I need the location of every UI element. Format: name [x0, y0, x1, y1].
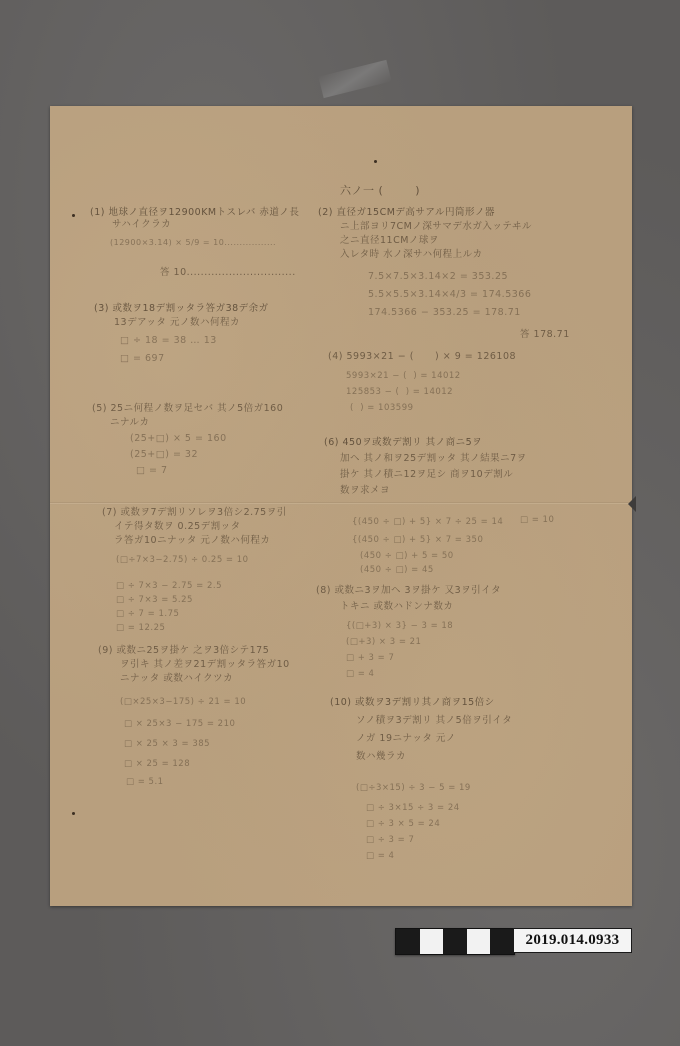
calculation: (□+3) × 3 = 21 [346, 636, 421, 649]
paper-edge-notch [628, 496, 636, 512]
calculation: (450 ÷ □) + 5 = 50 [360, 550, 454, 563]
calculation: 5.5×5.5×3.14×4/3 = 174.5366 [368, 288, 531, 301]
question-text: 之ニ直径11CMノ球ヲ [340, 234, 439, 247]
calculation: (□÷7×3−2.75) ÷ 0.25 = 10 [116, 554, 249, 567]
question-text: ラ答ガ10ニナッタ 元ノ数ハ何程カ [114, 534, 270, 547]
question-text: (10) 或数ヲ3デ割リ其ノ商ヲ15倍シ [330, 696, 495, 709]
question-text: サハイクラカ [112, 218, 171, 231]
calculation: □ × 25×3 − 175 = 210 [124, 718, 235, 731]
calculation: {(450 ÷ □) + 5} × 7 = 350 [352, 534, 483, 547]
question-text: (6) 450ヲ或数デ割リ 其ノ商ニ5ヲ [324, 436, 482, 449]
calculation: (□×25×3−175) ÷ 21 = 10 [120, 696, 246, 709]
question-text: (7) 或数ヲ7デ割リソレヲ3倍シ2.75ヲ引 [102, 506, 287, 519]
calculation: (25+□) × 5 = 160 [130, 432, 227, 445]
scale-segment-black [396, 929, 420, 954]
question-text: (2) 直径ガ15CMデ高サアル円筒形ノ器 [318, 206, 495, 219]
question-text: トキニ 或数ハドンナ数カ [340, 600, 453, 613]
backdrop-crease [318, 60, 391, 98]
scale-segment-black [490, 929, 514, 954]
calculation: □ ÷ 3 × 5 = 24 [366, 818, 440, 831]
calculation: □ + 3 = 7 [346, 652, 394, 665]
calculation: 5993×21 − ( ) = 14012 [346, 370, 461, 383]
calculation: 7.5×7.5×3.14×2 = 353.25 [368, 270, 508, 283]
worksheet-header: 六ノ一 ( ) [340, 184, 420, 197]
calculation: □ ÷ 18 = 38 … 13 [120, 334, 217, 347]
calculation: (25+□) = 32 [130, 448, 198, 461]
question-text: 数ヲ求メヨ [340, 484, 390, 497]
question-text: ヲ引キ 其ノ差ヲ21デ割ッタラ答ガ10 [120, 658, 290, 671]
question-text: 13デアッタ 元ノ数ハ何程カ [114, 316, 240, 329]
accession-number-label: 2019.014.0933 [513, 928, 632, 953]
answer: □ = 10 [520, 514, 554, 527]
question-text: 入レタ時 水ノ深サハ何程上ルカ [340, 248, 483, 261]
question-text: 数ハ幾ラカ [356, 750, 406, 763]
question-text: 掛ケ 其ノ積ニ12ヲ足シ 商ヲ10デ割ル [340, 468, 513, 481]
question-text: (8) 或数ニ3ヲ加ヘ 3ヲ掛ケ 又3ヲ引イタ [316, 584, 501, 597]
calculation: □ = 4 [346, 668, 374, 681]
ink-dot [374, 160, 377, 163]
calculation: (□÷3×15) ÷ 3 − 5 = 19 [356, 782, 471, 795]
calculation: □ × 25 × 3 = 385 [124, 738, 210, 751]
worksheet-paper: 六ノ一 ( ) (1) 地球ノ直径ヲ12900KMトスレバ 赤道ノ長 サハイクラ… [50, 106, 632, 906]
question-text: (5) 25ニ何程ノ数ヲ足セバ 其ノ5倍ガ160 [92, 402, 283, 415]
question-text: (4) 5993×21 − ( ) × 9 = 126108 [328, 350, 516, 363]
calculation: (450 ÷ □) = 45 [360, 564, 434, 577]
calculation: 125853 − ( ) = 14012 [346, 386, 453, 399]
question-text: ニナルカ [110, 416, 150, 429]
question-text: ソノ積ヲ3デ割リ 其ノ5倍ヲ引イタ [356, 714, 512, 727]
ink-dot [72, 812, 75, 815]
question-text: ノガ 19ニナッタ 元ノ [356, 732, 456, 745]
answer: 答 10............................... [160, 266, 296, 279]
calculation: □ = 697 [120, 352, 165, 365]
question-text: ニナッタ 或数ハイクツカ [120, 672, 233, 685]
calculation: {(450 ÷ □) + 5} × 7 ÷ 25 = 14 [352, 516, 503, 529]
scale-segment-black [443, 929, 467, 954]
calculation: □ ÷ 7×3 = 5.25 [116, 594, 193, 607]
calculation: (12900×3.14) × 5/9 = 10................. [110, 236, 276, 249]
calculation: □ = 4 [366, 850, 394, 863]
calculation: □ = 5.1 [126, 776, 164, 789]
calculation: ( ) = 103599 [350, 402, 414, 415]
question-text: (3) 或数ヲ18デ割ッタラ答ガ38デ余ガ [94, 302, 269, 315]
calculation: □ ÷ 3×15 ÷ 3 = 24 [366, 802, 460, 815]
calculation: □ ÷ 7 = 1.75 [116, 608, 179, 621]
question-text: (9) 或数ニ25ヲ掛ケ 之ヲ3倍シテ175 [98, 644, 269, 657]
scale-segment-white [467, 929, 491, 954]
scale-segment-white [420, 929, 444, 954]
question-text: イテ得タ数ヲ 0.25デ割ッタ [114, 520, 241, 533]
scale-bar [395, 928, 515, 955]
calculation: □ ÷ 7×3 − 2.75 = 2.5 [116, 580, 222, 593]
calculation: 174.5366 − 353.25 = 178.71 [368, 306, 521, 319]
question-text: 加ヘ 其ノ和ヲ25デ割ッタ 其ノ結果ニ7ヲ [340, 452, 527, 465]
calculation: □ = 12.25 [116, 622, 165, 635]
question-text: ニ上部ヨリ7CMノ深サマデ水ガ入ッテヰル [340, 220, 532, 233]
calculation: □ × 25 = 128 [124, 758, 190, 771]
calculation: {(□+3) × 3} − 3 = 18 [346, 620, 453, 633]
answer: 答 178.71 [520, 328, 570, 341]
calculation: □ ÷ 3 = 7 [366, 834, 414, 847]
paper-fold-line [50, 502, 632, 505]
calculation: □ = 7 [136, 464, 168, 477]
ink-dot [72, 214, 75, 217]
